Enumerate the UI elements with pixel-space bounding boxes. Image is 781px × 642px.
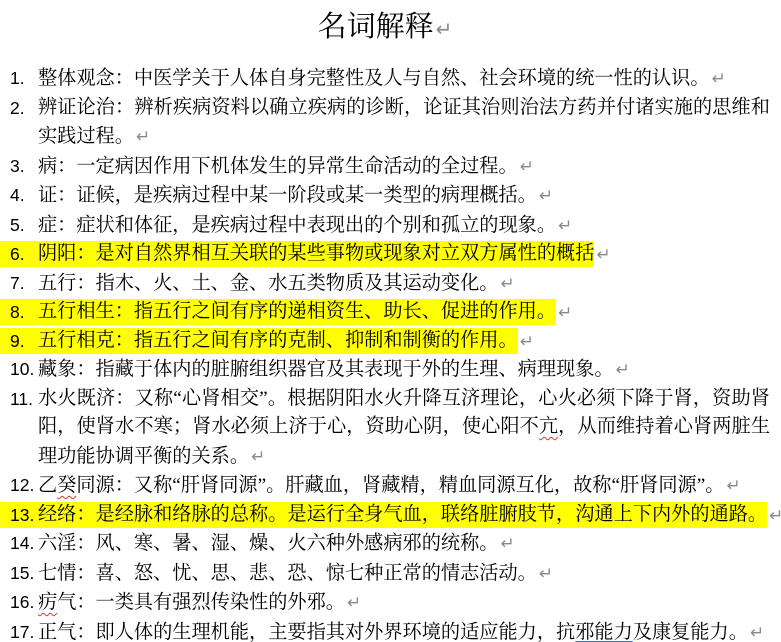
paragraph-mark-icon: ↵ (136, 126, 150, 146)
text-run: 阴阳：是对自然界相互关联的某些事物或现象对立双方属性的概括 (38, 243, 594, 264)
item-text: 藏象：指藏于体内的脏腑组织器官及其表现于外的生理、病理现象。↵ (38, 355, 770, 385)
paragraph-mark-icon: ↵ (726, 475, 740, 495)
highlight-band: 8.五行相生：指五行之间有序的递相资生、助长、促进的作用。 (0, 299, 556, 325)
spell-error-text: 癸 (57, 475, 76, 496)
item-text: 七情：喜、怒、忧、思、悲、恐、惊七种正常的情志活动。↵ (38, 559, 770, 589)
list-item: 6.阴阳：是对自然界相互关联的某些事物或现象对立双方属性的概括↵ (0, 240, 770, 269)
highlight-band: 9.五行相克：指五行之间有序的克制、抑制和制衡的作用。 (0, 328, 518, 354)
item-number: 12. (0, 471, 38, 500)
list-item: 13.经络：是经脉和络脉的总称。是运行全身气血，联络脏腑肢节，沟通上下内外的通路… (0, 501, 770, 530)
list-item: 5.症：症状和体征，是疾病过程中表现出的个别和孤立的现象。↵ (0, 211, 770, 241)
list-item: 1.整体观念：中医学关于人体自身完整性及人与自然、社会环境的统一性的认识。↵ (0, 64, 770, 94)
item-number: 1. (0, 64, 38, 93)
paragraph-mark-icon: ↵ (501, 533, 515, 553)
item-number: 4. (0, 181, 38, 210)
paragraph-mark-icon: ↵ (558, 298, 572, 327)
item-number: 7. (0, 269, 38, 298)
paragraph-mark-icon: ↵ (539, 563, 553, 583)
item-text: 五行相生：指五行之间有序的递相资生、助长、促进的作用。 (38, 299, 556, 325)
paragraph-mark-icon: ↵ (347, 592, 361, 612)
item-text: 证：证候，是疾病过程中某一阶段或某一类型的病理概括。↵ (38, 181, 770, 211)
text-run: 七情：喜、怒、忧、思、悲、恐、惊七种正常的情志活动。 (38, 563, 537, 584)
item-number: 17. (0, 618, 38, 642)
paragraph-mark-icon: ↵ (501, 273, 515, 293)
list-item: 15.七情：喜、怒、忧、思、悲、恐、惊七种正常的情志活动。↵ (0, 559, 770, 589)
text-run: 病：一定病因作用下机体发生的异常生命活动的全过程。 (38, 156, 518, 177)
text-run: 整体观念：中医学关于人体自身完整性及人与自然、社会环境的统一性的认识。 (38, 68, 710, 89)
text-run: 六淫：风、寒、暑、湿、燥、火六种外感病邪的统称。 (38, 533, 499, 554)
item-number: 10. (0, 355, 38, 384)
text-run: 经络：是经脉和络脉的总称。是运行全身气血，联络脏腑肢节，沟通上下内外的通路。 (38, 504, 767, 525)
list-item: 17.正气：即人体的生理机能，主要指其对外界环境的适应能力，抗邪能力及康复能力。… (0, 618, 770, 642)
grammar-error-text: 邪能力 (575, 622, 633, 642)
list-item: 3.病：一定病因作用下机体发生的异常生命活动的全过程。↵ (0, 152, 770, 182)
list-item: 9.五行相克：指五行之间有序的克制、抑制和制衡的作用。↵ (0, 327, 770, 356)
list-item: 16.疠气：一类具有强烈传染性的外邪。↵ (0, 588, 770, 618)
paragraph-mark-icon: ↵ (750, 622, 764, 642)
paragraph-mark-icon: ↵ (596, 240, 610, 269)
item-number: 13. (0, 502, 38, 528)
item-number: 2. (0, 94, 38, 123)
item-text: 经络：是经脉和络脉的总称。是运行全身气血，联络脏腑肢节，沟通上下内外的通路。 (38, 502, 767, 528)
page-title: 名词解释 (318, 11, 434, 43)
item-text: 正气：即人体的生理机能，主要指其对外界环境的适应能力，抗邪能力及康复能力。↵ (38, 618, 770, 642)
list-item: 7.五行：指木、火、土、金、水五类物质及其运动变化。↵ (0, 269, 770, 299)
item-text: 疠气：一类具有强烈传染性的外邪。↵ (38, 588, 770, 618)
item-text: 辨证论治：辨析疾病资料以确立疾病的诊断，论证其治则治法方药并付诸实施的思维和实践… (38, 94, 770, 152)
highlight-band: 6.阴阳：是对自然界相互关联的某些事物或现象对立双方属性的概括 (0, 241, 594, 267)
text-run: 症：症状和体征，是疾病过程中表现出的个别和孤立的现象。 (38, 215, 556, 236)
text-run: 五行相克：指五行之间有序的克制、抑制和制衡的作用。 (38, 330, 518, 351)
definition-list: 1.整体观念：中医学关于人体自身完整性及人与自然、社会环境的统一性的认识。↵2.… (0, 64, 770, 642)
paragraph-mark-icon: ↵ (539, 185, 553, 205)
list-item: 8.五行相生：指五行之间有序的递相资生、助长、促进的作用。↵ (0, 298, 770, 327)
item-number: 14. (0, 529, 38, 558)
text-run: 及康复能力。 (633, 622, 748, 642)
text-run: 五行：指木、火、土、金、水五类物质及其运动变化。 (38, 273, 499, 294)
item-text: 病：一定病因作用下机体发生的异常生命活动的全过程。↵ (38, 152, 770, 182)
text-run: 气：一类具有强烈传染性的外邪。 (57, 592, 345, 613)
text-run: 乙 (38, 475, 57, 496)
list-item: 2.辨证论治：辨析疾病资料以确立疾病的诊断，论证其治则治法方药并付诸实施的思维和… (0, 94, 770, 152)
item-number: 16. (0, 588, 38, 617)
paragraph-mark-icon: ↵ (520, 327, 534, 356)
item-number: 6. (0, 241, 38, 267)
paragraph-mark-icon: ↵ (558, 215, 572, 235)
item-text: 症：症状和体征，是疾病过程中表现出的个别和孤立的现象。↵ (38, 211, 770, 241)
list-item: 10.藏象：指藏于体内的脏腑组织器官及其表现于外的生理、病理现象。↵ (0, 355, 770, 385)
item-text: 乙癸同源：又称“肝肾同源”。肝藏血，肾藏精，精血同源互化，故称“肝肾同源”。↵ (38, 471, 770, 501)
item-number: 5. (0, 211, 38, 240)
text-run: 证：证候，是疾病过程中某一阶段或某一类型的病理概括。 (38, 185, 537, 206)
list-item: 12.乙癸同源：又称“肝肾同源”。肝藏血，肾藏精，精血同源互化，故称“肝肾同源”… (0, 471, 770, 501)
document-canvas[interactable]: 名词解释↵ 1.整体观念：中医学关于人体自身完整性及人与自然、社会环境的统一性的… (0, 0, 781, 642)
item-number: 11. (0, 385, 38, 414)
item-text: 水火既济：又称“心肾相交”。根据阴阳水火升降互济理论，心火必须下降于肾，资助肾阳… (38, 385, 770, 472)
text-run: 五行相生：指五行之间有序的递相资生、助长、促进的作用。 (38, 301, 556, 322)
paragraph-mark-icon: ↵ (251, 446, 265, 466)
item-number: 3. (0, 152, 38, 181)
item-number: 9. (0, 328, 38, 354)
item-number: 8. (0, 299, 38, 325)
list-item: 11.水火既济：又称“心肾相交”。根据阴阳水火升降互济理论，心火必须下降于肾，资… (0, 385, 770, 472)
paragraph-mark-icon: ↵ (769, 501, 781, 530)
highlight-band: 13.经络：是经脉和络脉的总称。是运行全身气血，联络脏腑肢节，沟通上下内外的通路… (0, 502, 767, 528)
paragraph-mark-icon: ↵ (436, 17, 453, 41)
text-run: 藏象：指藏于体内的脏腑组织器官及其表现于外的生理、病理现象。 (38, 359, 614, 380)
spell-error-text: 亢 (539, 416, 558, 437)
item-text: 六淫：风、寒、暑、湿、燥、火六种外感病邪的统称。↵ (38, 529, 770, 559)
item-text: 五行：指木、火、土、金、水五类物质及其运动变化。↵ (38, 269, 770, 299)
list-item: 14.六淫：风、寒、暑、湿、燥、火六种外感病邪的统称。↵ (0, 529, 770, 559)
text-run: 同源：又称“肝肾同源”。肝藏血，肾藏精，精血同源互化，故称“肝肾同源”。 (76, 475, 724, 496)
paragraph-mark-icon: ↵ (616, 359, 630, 379)
spell-error-text: 疠 (38, 592, 57, 613)
item-text: 阴阳：是对自然界相互关联的某些事物或现象对立双方属性的概括 (38, 241, 594, 267)
paragraph-mark-icon: ↵ (712, 68, 726, 88)
text-run: 正气：即人体的生理机能，主要指其对外界环境的适应能力，抗 (38, 622, 575, 642)
item-text: 五行相克：指五行之间有序的克制、抑制和制衡的作用。 (38, 328, 518, 354)
document-heading: 名词解释↵ (0, 0, 770, 50)
item-text: 整体观念：中医学关于人体自身完整性及人与自然、社会环境的统一性的认识。↵ (38, 64, 770, 94)
list-item: 4.证：证候，是疾病过程中某一阶段或某一类型的病理概括。↵ (0, 181, 770, 211)
paragraph-mark-icon: ↵ (520, 156, 534, 176)
item-number: 15. (0, 559, 38, 588)
